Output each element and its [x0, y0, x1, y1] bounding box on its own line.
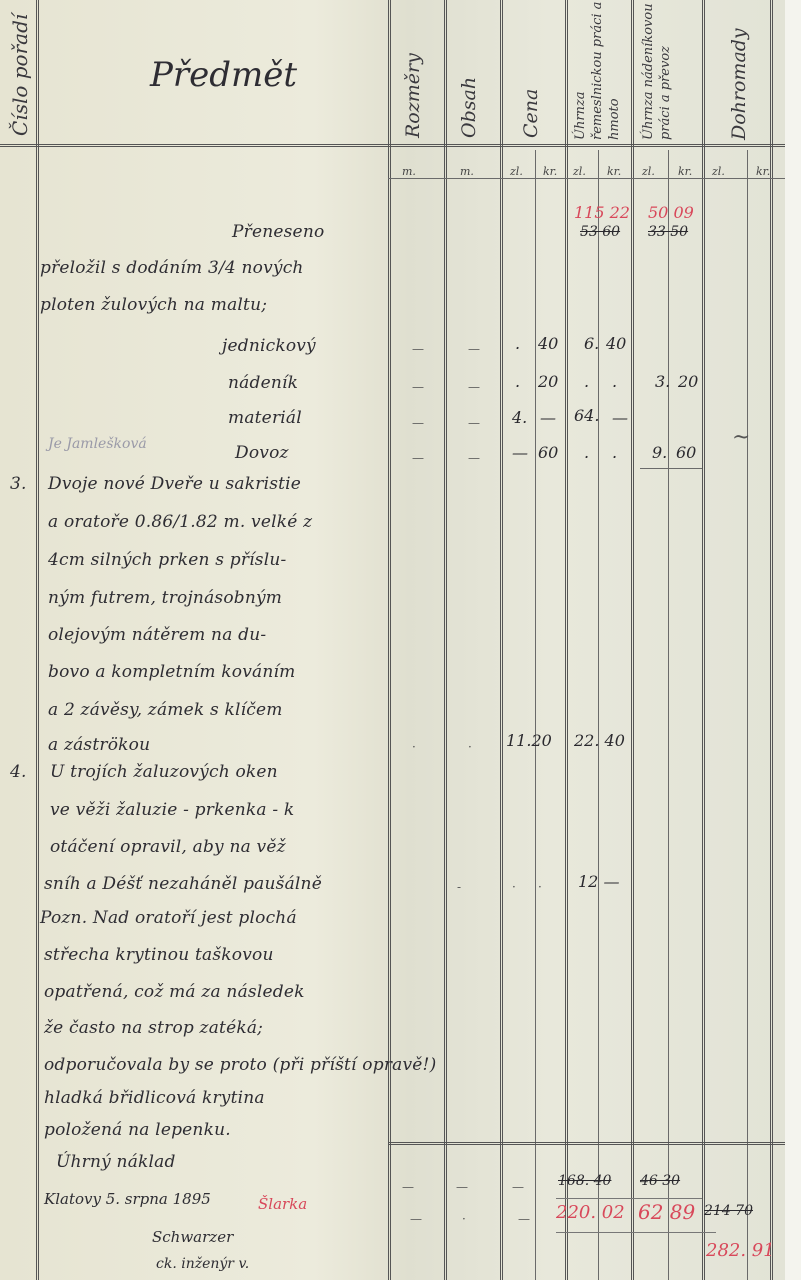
cena-zl: . [515, 372, 520, 391]
column-header-rozmery: Rozměry [402, 53, 424, 138]
brace-top [556, 1198, 702, 1199]
note-line: Pozn. Nad oratoří jest plochá [40, 908, 297, 928]
row-label: jednickový [222, 336, 316, 356]
item-3-line: a 2 závěsy, zámek s klíčem [48, 700, 283, 720]
unit-rem-kr: kr. [607, 165, 621, 178]
margin-mark: ~ [732, 425, 750, 450]
note-line: opatřená, což má za následek [44, 982, 305, 1002]
item-3-line: a oratoře 0.86/1.82 m. velké z [48, 512, 312, 532]
note-line: že často na strop zatéká; [44, 1018, 263, 1038]
item-4-line: sníh a Déšť nezaháněl paušálně [44, 874, 322, 894]
cena-zl: . [515, 334, 520, 353]
carried-forward-nad-old: 33 50 [648, 224, 688, 240]
brace-bottom [556, 1232, 716, 1233]
cena-kr: 20 [538, 372, 558, 391]
header-rule [0, 144, 785, 147]
item-3-line: ným futrem, trojnásobným [48, 588, 282, 608]
pencil-note: Je Jamlešková [48, 436, 147, 452]
unit-doh-zl: zl. [712, 165, 725, 178]
totals-doh-old: 214 70 [704, 1203, 753, 1219]
carried-forward-nad-new: 50 09 [648, 203, 694, 222]
rule-nad-split [668, 150, 669, 1280]
item-2-line: přeložil s dodáním 3/4 nových [40, 258, 304, 278]
item-2-line: ploten žulových na maltu; [40, 295, 267, 315]
row-label: materiál [228, 408, 302, 428]
subtotal-rule [640, 468, 702, 469]
totals-rule [388, 1142, 785, 1145]
rem-kr: — [612, 408, 628, 427]
item-4-line: ve věži žaluzie - prkenka - k [50, 800, 294, 820]
rule-obsah [500, 0, 503, 1280]
nad-kr: 20 [678, 372, 698, 391]
carried-forward-rem-new: 115 22 [574, 203, 630, 222]
item-3-line: olejovým nátěrem na du- [48, 625, 266, 645]
note-line: hladká břidlicová krytina [44, 1088, 265, 1108]
rule-remeslnici [631, 0, 634, 1280]
rule-doh-split [747, 150, 748, 1280]
totals-nad-new: 62 89 [638, 1200, 695, 1224]
item-3-line: bovo a kompletním kováním [48, 662, 295, 682]
rule-cena [565, 0, 568, 1280]
item-3-line: a záströkou [48, 735, 150, 755]
place-date: Klatovy 5. srpna 1895 [44, 1190, 211, 1208]
totals-nad-old: 46 30 [640, 1173, 680, 1189]
column-header-remeslnici: Úhrnza řemeslnickou práci a hmoto [572, 0, 623, 140]
nad-kr: 60 [676, 443, 696, 462]
note-line: odporučovala by se proto (při příští opr… [44, 1055, 436, 1075]
rule-subject [388, 0, 391, 1280]
carried-forward-rem-old: 53 60 [580, 224, 620, 240]
nad-zl: 3. [655, 372, 670, 391]
row-label: nádeník [228, 373, 298, 393]
item-4-remeslnici: 12 — [578, 872, 619, 891]
item-3-line: 4cm silných prken s příslu- [48, 550, 286, 570]
carried-forward-label: Přeneseno [232, 222, 324, 242]
unit-nad-zl: zl. [642, 165, 655, 178]
unit-rule [388, 178, 785, 179]
totals-label: Úhrný náklad [56, 1152, 176, 1172]
item-number: 3. [10, 474, 27, 494]
item-number: 4. [10, 762, 27, 782]
column-header-cena: Cena [520, 89, 542, 138]
item-3-line: Dvoje nové Dveře u sakristie [48, 474, 301, 494]
unit-rozmery: m. [402, 165, 416, 178]
red-signature: Šlarka [258, 1195, 307, 1213]
rule-rem-split [598, 150, 599, 1280]
column-header-dohromady: Dohromady [728, 28, 750, 140]
rule-cena-split [535, 150, 536, 1280]
cena-kr: 60 [538, 443, 558, 462]
item-3-remeslnici: 22. 40 [574, 731, 625, 750]
unit-rem-zl: zl. [573, 165, 586, 178]
column-header-obsah: Obsah [458, 77, 480, 138]
rem-zl: 6. [584, 334, 599, 353]
unit-nad-kr: kr. [678, 165, 692, 178]
unit-cena-kr: kr. [543, 165, 557, 178]
rem-zl: . [584, 372, 589, 391]
item-3-cena: 11.20 [506, 731, 552, 750]
unit-obsah: m. [460, 165, 474, 178]
note-line: položená na lepenku. [44, 1120, 231, 1140]
row-label: Dovoz [235, 443, 289, 463]
rem-zl: . [584, 443, 589, 462]
cena-zl: 4. [512, 408, 527, 427]
cena-zl: — [512, 443, 528, 462]
cena-kr: 40 [538, 334, 558, 353]
page-edge [785, 0, 801, 1280]
item-number-header: Číslo pořadí [8, 14, 32, 136]
page-title: Předmět [150, 55, 297, 95]
rem-zl: 64. [574, 406, 599, 425]
nad-zl: 9. [652, 443, 667, 462]
unit-cena-zl: zl. [510, 165, 523, 178]
totals-doh-new: 282. 91 [706, 1240, 775, 1261]
totals-rem-old: 168. 40 [558, 1173, 611, 1189]
signature-title: ck. inženýr v. [156, 1256, 249, 1272]
column-header-nadennici: Úhrnza nádeníkovou práci a převoz [640, 0, 674, 140]
rule-rozmery [444, 0, 447, 1280]
signature-name: Schwarzer [152, 1228, 233, 1246]
cena-kr: — [540, 408, 556, 427]
item-4-line: U trojích žaluzových oken [50, 762, 278, 782]
unit-doh-kr: kr. [756, 165, 770, 178]
rule-item-number [36, 0, 39, 1280]
totals-rem-new: 220. 02 [556, 1202, 625, 1223]
item-4-line: otáčení opravil, aby na věž [50, 837, 286, 857]
rem-kr: . [612, 372, 617, 391]
rule-dohromady [770, 0, 773, 1280]
rule-nadennici [702, 0, 705, 1280]
rem-kr: . [612, 443, 617, 462]
rem-kr: 40 [606, 334, 626, 353]
note-line: střecha krytinou taškovou [44, 945, 274, 965]
